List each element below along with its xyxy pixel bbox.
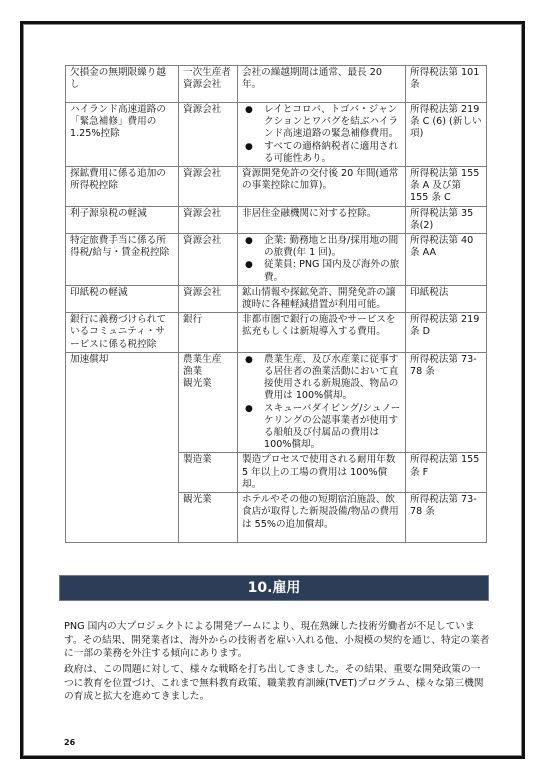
table-row: 特定旅費手当に係る所得税/給与・賃金税控除 資源会社 ●企業: 勤務地と出身/採… (66, 234, 487, 286)
bullet-icon: ● (245, 259, 253, 271)
incentive-cell: 加速償却 (66, 352, 179, 542)
eligible-text: 観光業 (183, 494, 233, 506)
eligible-cell: 一次生産者 資源会社 (179, 66, 238, 103)
description-text: ホテルやその他の短期宿泊施設、飲食店が取得した新規設備/物品の費用は 55%の追… (242, 494, 399, 529)
bullet-item: ●従業員: PNG 国内及び海外の旅費。 (242, 259, 401, 283)
eligible-text: 資源会社 (183, 79, 233, 91)
reference-cell: 所得税法第 40 条 AA (406, 234, 487, 286)
bullet-text: スキューバダイビング/シュノーケリングの公認事業者が使用する船舶及び付属品の費用… (264, 403, 400, 451)
reference-text: 所得税法第 73-78 条 (410, 494, 477, 517)
bullet-icon: ● (245, 403, 253, 415)
incentive-text: 印紙税の軽減 (70, 287, 128, 298)
description-cell: ●農業生産、及び水産業に従事する居住者の漁業活動において直接使用される新規施設、… (238, 352, 406, 453)
description-cell: 非都市圏で銀行の施設やサービスを拡充もしくは新規導入する費用。 (238, 313, 406, 353)
bullet-list: ●レイとコロバ、トゴバ・ジャンクションとワパグを結ぶハイランド高速道路の緊急補修… (242, 104, 401, 165)
eligible-cell: 観光業 (179, 493, 238, 543)
description-cell: 非居住金融機関に対する控除。 (238, 206, 406, 233)
reference-text: 所得税法第 35 条(2) (410, 208, 473, 231)
eligible-text: 資源会社 (183, 235, 233, 247)
description-text: 鉱山情報や探鉱免許、開発免許の譲渡時に各種軽減措置が利用可能。 (242, 287, 396, 310)
incentive-cell: ハイランド高速道路の「緊急補修」費用の 1.25%控除 (66, 103, 179, 167)
table-row: 欠損金の無期限繰り越し 一次生産者 資源会社 会社の繰越期間は通常、最長 20 … (66, 66, 487, 103)
section-heading-bar: 10.雇用 (59, 575, 489, 601)
bullet-icon: ● (245, 141, 253, 153)
bullet-text: 従業員: PNG 国内及び海外の旅費。 (264, 259, 399, 282)
reference-cell: 所得税法第 219 条 C (6) (新しい項) (406, 103, 487, 167)
reference-cell: 所得税法第 73-78 条 (406, 352, 487, 453)
incentive-text: 利子源泉税の軽減 (70, 208, 147, 219)
eligible-text: 資源会社 (183, 168, 233, 180)
reference-cell: 所得税法第 219 条 D (406, 313, 487, 353)
description-text: 非居住金融機関に対する控除。 (242, 208, 376, 219)
incentive-text: ハイランド高速道路の「緊急補修」費用の 1.25%控除 (70, 104, 166, 139)
bullet-icon: ● (245, 104, 253, 116)
incentive-cell: 探鉱費用に係る追加の所得税控除 (66, 167, 179, 207)
eligible-cell: 製造業 (179, 453, 238, 493)
incentive-text: 探鉱費用に係る追加の所得税控除 (70, 168, 166, 191)
eligible-text: 製造業 (183, 454, 233, 466)
reference-text: 所得税法第 155 条 A 及び第 155 条 C (410, 168, 479, 203)
reference-text: 所得税法第 101 条 (410, 67, 479, 90)
eligible-cell: 農業生産 漁業 観光業 (179, 352, 238, 453)
reference-text: 印紙税法 (410, 287, 448, 298)
bullet-text: 企業: 勤務地と出身/採用地の間の旅費(年 1 回)。 (264, 235, 398, 258)
description-cell: ホテルやその他の短期宿泊施設、飲食店が取得した新規設備/物品の費用は 55%の追… (238, 493, 406, 543)
eligible-cell: 資源会社 (179, 234, 238, 286)
page-number: 26 (64, 738, 75, 747)
eligible-cell: 資源会社 (179, 103, 238, 167)
tax-incentive-table: 欠損金の無期限繰り越し 一次生産者 資源会社 会社の繰越期間は通常、最長 20 … (65, 65, 487, 543)
incentive-cell: 利子源泉税の軽減 (66, 206, 179, 233)
description-cell: 製造プロセスで使用される耐用年数 5 年以上の工場の費用は 100%償却。 (238, 453, 406, 493)
table-row: ハイランド高速道路の「緊急補修」費用の 1.25%控除 資源会社 ●レイとコロバ… (66, 103, 487, 167)
table-row: 利子源泉税の軽減 資源会社 非居住金融機関に対する控除。 所得税法第 35 条(… (66, 206, 487, 233)
bullet-list: ●企業: 勤務地と出身/採用地の間の旅費(年 1 回)。 ●従業員: PNG 国… (242, 235, 401, 284)
description-cell: 会社の繰越期間は通常、最長 20 年。 (238, 66, 406, 103)
reference-cell: 印紙税法 (406, 285, 487, 312)
bullet-item: ●すべての適格納税者に適用される可能性あり。 (242, 141, 401, 165)
incentive-cell: 欠損金の無期限繰り越し (66, 66, 179, 103)
bullet-item: ●スキューバダイビング/シュノーケリングの公認事業者が使用する船舶及び付属品の費… (242, 403, 401, 452)
eligible-text: 農業生産 (183, 354, 233, 366)
description-cell: ●レイとコロバ、トゴバ・ジャンクションとワパグを結ぶハイランド高速道路の緊急補修… (238, 103, 406, 167)
eligible-cell: 銀行 (179, 313, 238, 353)
section-title: 10.雇用 (248, 580, 301, 596)
incentive-cell: 特定旅費手当に係る所得税/給与・賃金税控除 (66, 234, 179, 286)
description-text: 非都市圏で銀行の施設やサービスを拡充もしくは新規導入する費用。 (242, 314, 396, 337)
bullet-icon: ● (245, 354, 253, 366)
incentive-text: 特定旅費手当に係る所得税/給与・賃金税控除 (70, 235, 169, 258)
eligible-cell: 資源会社 (179, 167, 238, 207)
reference-text: 所得税法第 219 条 C (6) (新しい項) (410, 104, 482, 139)
eligible-cell: 資源会社 (179, 206, 238, 233)
table-row: 銀行に義務づけられているコミュニティ・サービスに係る税控除 銀行 非都市圏で銀行… (66, 313, 487, 353)
reference-cell: 所得税法第 73-78 条 (406, 493, 487, 543)
incentive-text: 加速償却 (70, 354, 108, 365)
incentive-cell: 印紙税の軽減 (66, 285, 179, 312)
reference-text: 所得税法第 40 条 AA (410, 235, 473, 258)
eligible-text: 資源会社 (183, 287, 233, 299)
table-row: 加速償却 農業生産 漁業 観光業 ●農業生産、及び水産業に従事する居住者の漁業活… (66, 352, 487, 453)
description-text: 製造プロセスで使用される耐用年数 5 年以上の工場の費用は 100%償却。 (242, 454, 396, 489)
bullet-text: すべての適格納税者に適用される可能性あり。 (264, 141, 398, 164)
bullet-text: レイとコロバ、トゴバ・ジャンクションとワパグを結ぶハイランド高速道路の緊急補修費… (264, 104, 398, 139)
bullet-item: ●レイとコロバ、トゴバ・ジャンクションとワパグを結ぶハイランド高速道路の緊急補修… (242, 104, 401, 141)
description-cell: 鉱山情報や探鉱免許、開発免許の譲渡時に各種軽減措置が利用可能。 (238, 285, 406, 312)
description-text: 会社の繰越期間は通常、最長 20 年。 (242, 67, 382, 90)
reference-text: 所得税法第 219 条 D (410, 314, 479, 337)
bullet-item: ●企業: 勤務地と出身/採用地の間の旅費(年 1 回)。 (242, 235, 401, 259)
body-paragraph: 政府は、この問題に対して、様々な戦略を打ち出してきました。その結果、重要な開発政… (64, 663, 490, 704)
reference-text: 所得税法第 155 条 F (410, 454, 479, 477)
eligible-text: 一次生産者 (183, 67, 233, 79)
reference-cell: 所得税法第 155 条 F (406, 453, 487, 493)
incentive-cell: 銀行に義務づけられているコミュニティ・サービスに係る税控除 (66, 313, 179, 353)
incentive-text: 欠損金の無期限繰り越し (70, 67, 166, 90)
bullet-text: 農業生産、及び水産業に従事する居住者の漁業活動において直接使用される新規施設、物… (264, 354, 398, 402)
bullet-item: ●農業生産、及び水産業に従事する居住者の漁業活動において直接使用される新規施設、… (242, 354, 401, 403)
table-row: 印紙税の軽減 資源会社 鉱山情報や探鉱免許、開発免許の譲渡時に各種軽減措置が利用… (66, 285, 487, 312)
eligible-text: 観光業 (183, 378, 233, 390)
table-row: 探鉱費用に係る追加の所得税控除 資源会社 資源開発免許の交付後 20 年間(通常… (66, 167, 487, 207)
description-cell: ●企業: 勤務地と出身/採用地の間の旅費(年 1 回)。 ●従業員: PNG 国… (238, 234, 406, 286)
eligible-text: 漁業 (183, 366, 233, 378)
reference-cell: 所得税法第 155 条 A 及び第 155 条 C (406, 167, 487, 207)
bullet-icon: ● (245, 235, 253, 247)
eligible-text: 銀行 (183, 314, 233, 326)
eligible-text: 資源会社 (183, 208, 233, 220)
eligible-text: 資源会社 (183, 104, 233, 116)
body-paragraph: PNG 国内の大プロジェクトによる開発ブームにより、現在熟練した技術労働者が不足… (64, 620, 490, 661)
description-cell: 資源開発免許の交付後 20 年間(通常の事業控除に加算)。 (238, 167, 406, 207)
eligible-cell: 資源会社 (179, 285, 238, 312)
description-text: 資源開発免許の交付後 20 年間(通常の事業控除に加算)。 (242, 168, 398, 191)
bullet-list: ●農業生産、及び水産業に従事する居住者の漁業活動において直接使用される新規施設、… (242, 354, 401, 452)
incentive-text: 銀行に義務づけられているコミュニティ・サービスに係る税控除 (70, 314, 166, 349)
reference-text: 所得税法第 73-78 条 (410, 354, 477, 377)
reference-cell: 所得税法第 35 条(2) (406, 206, 487, 233)
reference-cell: 所得税法第 101 条 (406, 66, 487, 103)
